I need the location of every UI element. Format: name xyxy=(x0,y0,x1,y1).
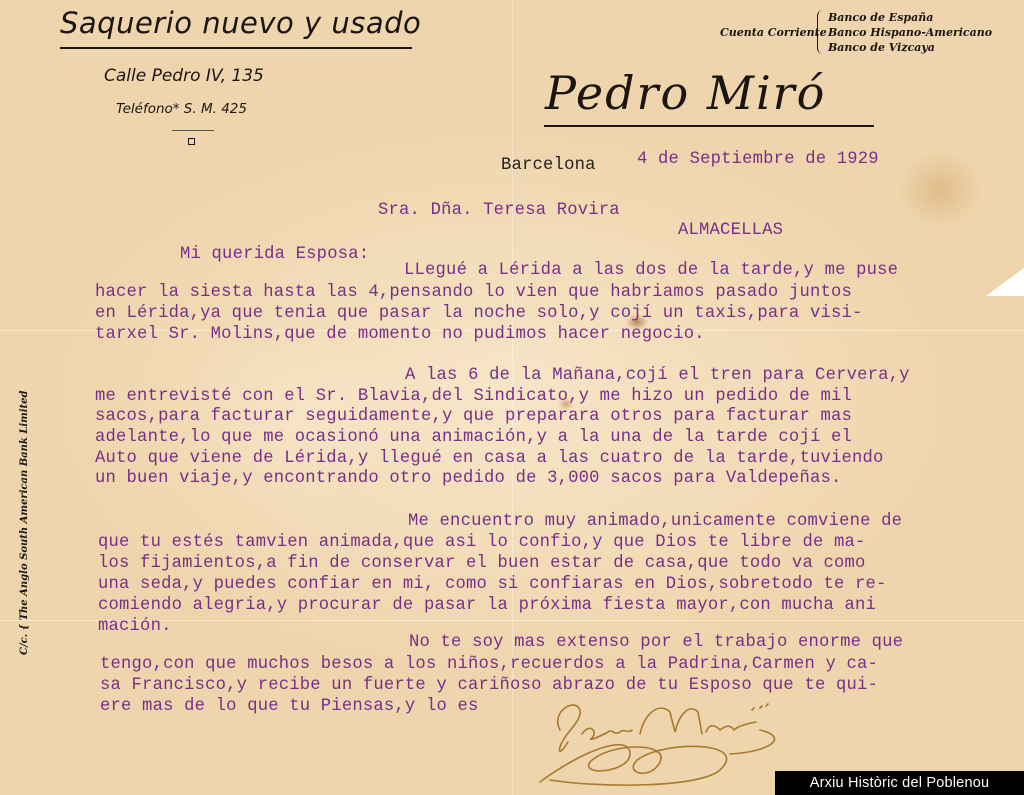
bank-name: Banco de España xyxy=(828,10,992,25)
date: 4 de Septiembre de 1929 xyxy=(637,150,879,169)
letter-line: LLegué a Lérida a las dos de la tarde,y … xyxy=(404,261,898,280)
torn-corner xyxy=(986,268,1024,296)
side-bank-note: C/c. { The Anglo South American Bank Lim… xyxy=(19,390,30,655)
letterhead-business-line: Saquerio nuevo y usado xyxy=(60,6,421,40)
letter-line: hacer la siesta hasta las 4,pensando lo … xyxy=(95,283,852,302)
letterhead-address: Calle Pedro IV, 135 xyxy=(104,66,264,86)
brand-rule xyxy=(544,125,874,127)
salutation: Mi querida Esposa: xyxy=(180,245,369,264)
brace-icon xyxy=(817,10,824,54)
letter-line: comiendo alegria,y procurar de pasar la … xyxy=(98,596,876,615)
letter-line: un buen viaje,y encontrando otro pedido … xyxy=(95,469,842,488)
letter-line: que tu estés tamvien animada,que asi lo … xyxy=(98,533,866,552)
letter-line: en Lérida,ya que tenia que pasar la noch… xyxy=(95,304,863,323)
archive-watermark: Arxiu Històric del Poblenou xyxy=(775,771,1024,795)
letter-line: A las 6 de la Mañana,cojí el tren para C… xyxy=(405,366,910,385)
letter-line: tarxel Sr. Molins,que de momento no pudi… xyxy=(95,325,705,344)
letter-line: sacos,para facturar seguidamente,y que p… xyxy=(95,407,852,426)
letter-line: No te soy mas extenso por el trabajo eno… xyxy=(409,633,903,652)
letter-line: mación. xyxy=(98,617,172,636)
letter-line: adelante,lo que me ocasionó una animació… xyxy=(95,428,852,447)
ornament-square-icon xyxy=(188,138,195,145)
handwritten-signature: Pedro Miró xyxy=(520,692,800,792)
letterhead-phone: Teléfono* S. M. 425 xyxy=(116,101,247,117)
recipient-town: ALMACELLAS xyxy=(678,221,783,240)
bank-name: Banco de Vizcaya xyxy=(828,40,992,55)
bank-list: Banco de España Banco Hispano-Americano … xyxy=(828,10,992,55)
bank-name: Banco Hispano-Americano xyxy=(828,25,992,40)
letterhead-rule xyxy=(60,47,412,49)
letter-line: me entrevisté con el Sr. Blavia,del Sind… xyxy=(95,387,852,406)
ornament-rule xyxy=(172,130,214,131)
recipient-name: Sra. Dña. Teresa Rovira xyxy=(378,201,620,220)
letter-line: Me encuentro muy animado,unicamente comv… xyxy=(408,512,902,531)
letter-line: tengo,con que muchos besos a los niños,r… xyxy=(100,655,878,674)
letter-line: ere mas de lo que tu Piensas,y lo es xyxy=(100,697,479,716)
letter-line: Auto que viene de Lérida,y llegué en cas… xyxy=(95,449,884,468)
letter-line: los fijamientos,a fin de conservar el bu… xyxy=(98,554,866,573)
brand-name: Pedro Miró xyxy=(545,66,826,120)
letter-line: una seda,y puedes confiar en mi, como si… xyxy=(98,575,887,594)
city: Barcelona xyxy=(501,156,596,175)
bank-accounts-label: Cuenta Corriente xyxy=(720,26,827,39)
